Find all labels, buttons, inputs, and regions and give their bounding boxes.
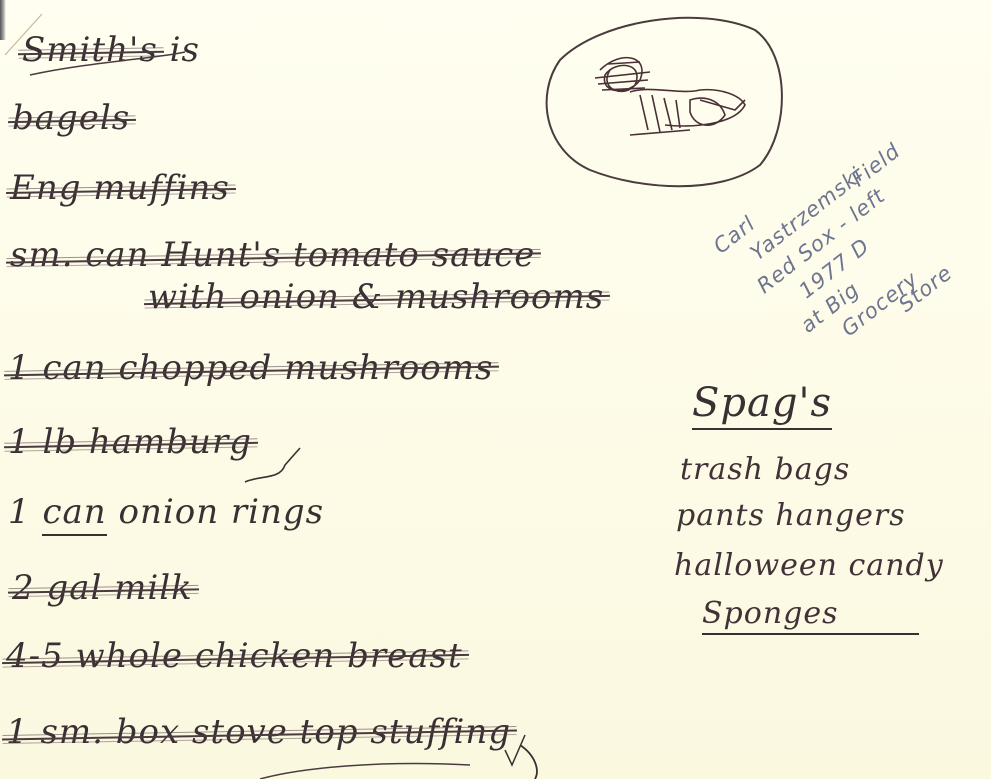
scan-edge-shadow [0, 0, 6, 40]
item-text: Sponges [702, 596, 919, 635]
item-text: 1 sm. box stove top stuffing [6, 712, 511, 752]
item-text: 1 can chopped mushrooms [8, 348, 493, 388]
item-text: Smith's [22, 30, 158, 70]
item-text: 4-5 whole chicken breast [6, 636, 463, 676]
list-item: trash bags [680, 452, 850, 487]
list-item: pants hangers [676, 498, 906, 533]
item-text: onion rings [107, 492, 324, 532]
item-text: bagels [12, 98, 130, 138]
item-text: sm. can Hunt's tomato sauce [10, 235, 535, 275]
item-text: 2 gal milk [12, 568, 193, 608]
list-item: 2 gal milk [12, 568, 193, 608]
list-item: Smith's is [22, 30, 200, 70]
item-text: 1 lb hamburg [8, 422, 252, 462]
item-text: Eng muffins [10, 168, 230, 208]
list-item: bagels [12, 98, 130, 138]
list-item: 1 lb hamburg [8, 422, 252, 462]
list-item: sm. can Hunt's tomato sauce [10, 235, 535, 275]
list-item: Eng muffins [10, 168, 230, 208]
item-underlined-word: can [42, 492, 106, 536]
right-list-heading: Spag's [692, 380, 832, 426]
note-line: Field [847, 139, 905, 192]
heading-text: Spag's [692, 380, 832, 430]
list-item: halloween candy [674, 548, 944, 583]
item-prefix: 1 [8, 492, 42, 532]
item-text: with onion & mushrooms [148, 277, 604, 317]
item-suffix: is [158, 30, 200, 70]
list-item: Sponges [702, 596, 919, 631]
list-item: with onion & mushrooms [148, 277, 604, 317]
list-item: 1 can onion rings [8, 492, 324, 532]
list-item: 1 can chopped mushrooms [8, 348, 493, 388]
list-item: 4-5 whole chicken breast [6, 636, 463, 676]
list-item: 1 sm. box stove top stuffing [6, 712, 511, 752]
